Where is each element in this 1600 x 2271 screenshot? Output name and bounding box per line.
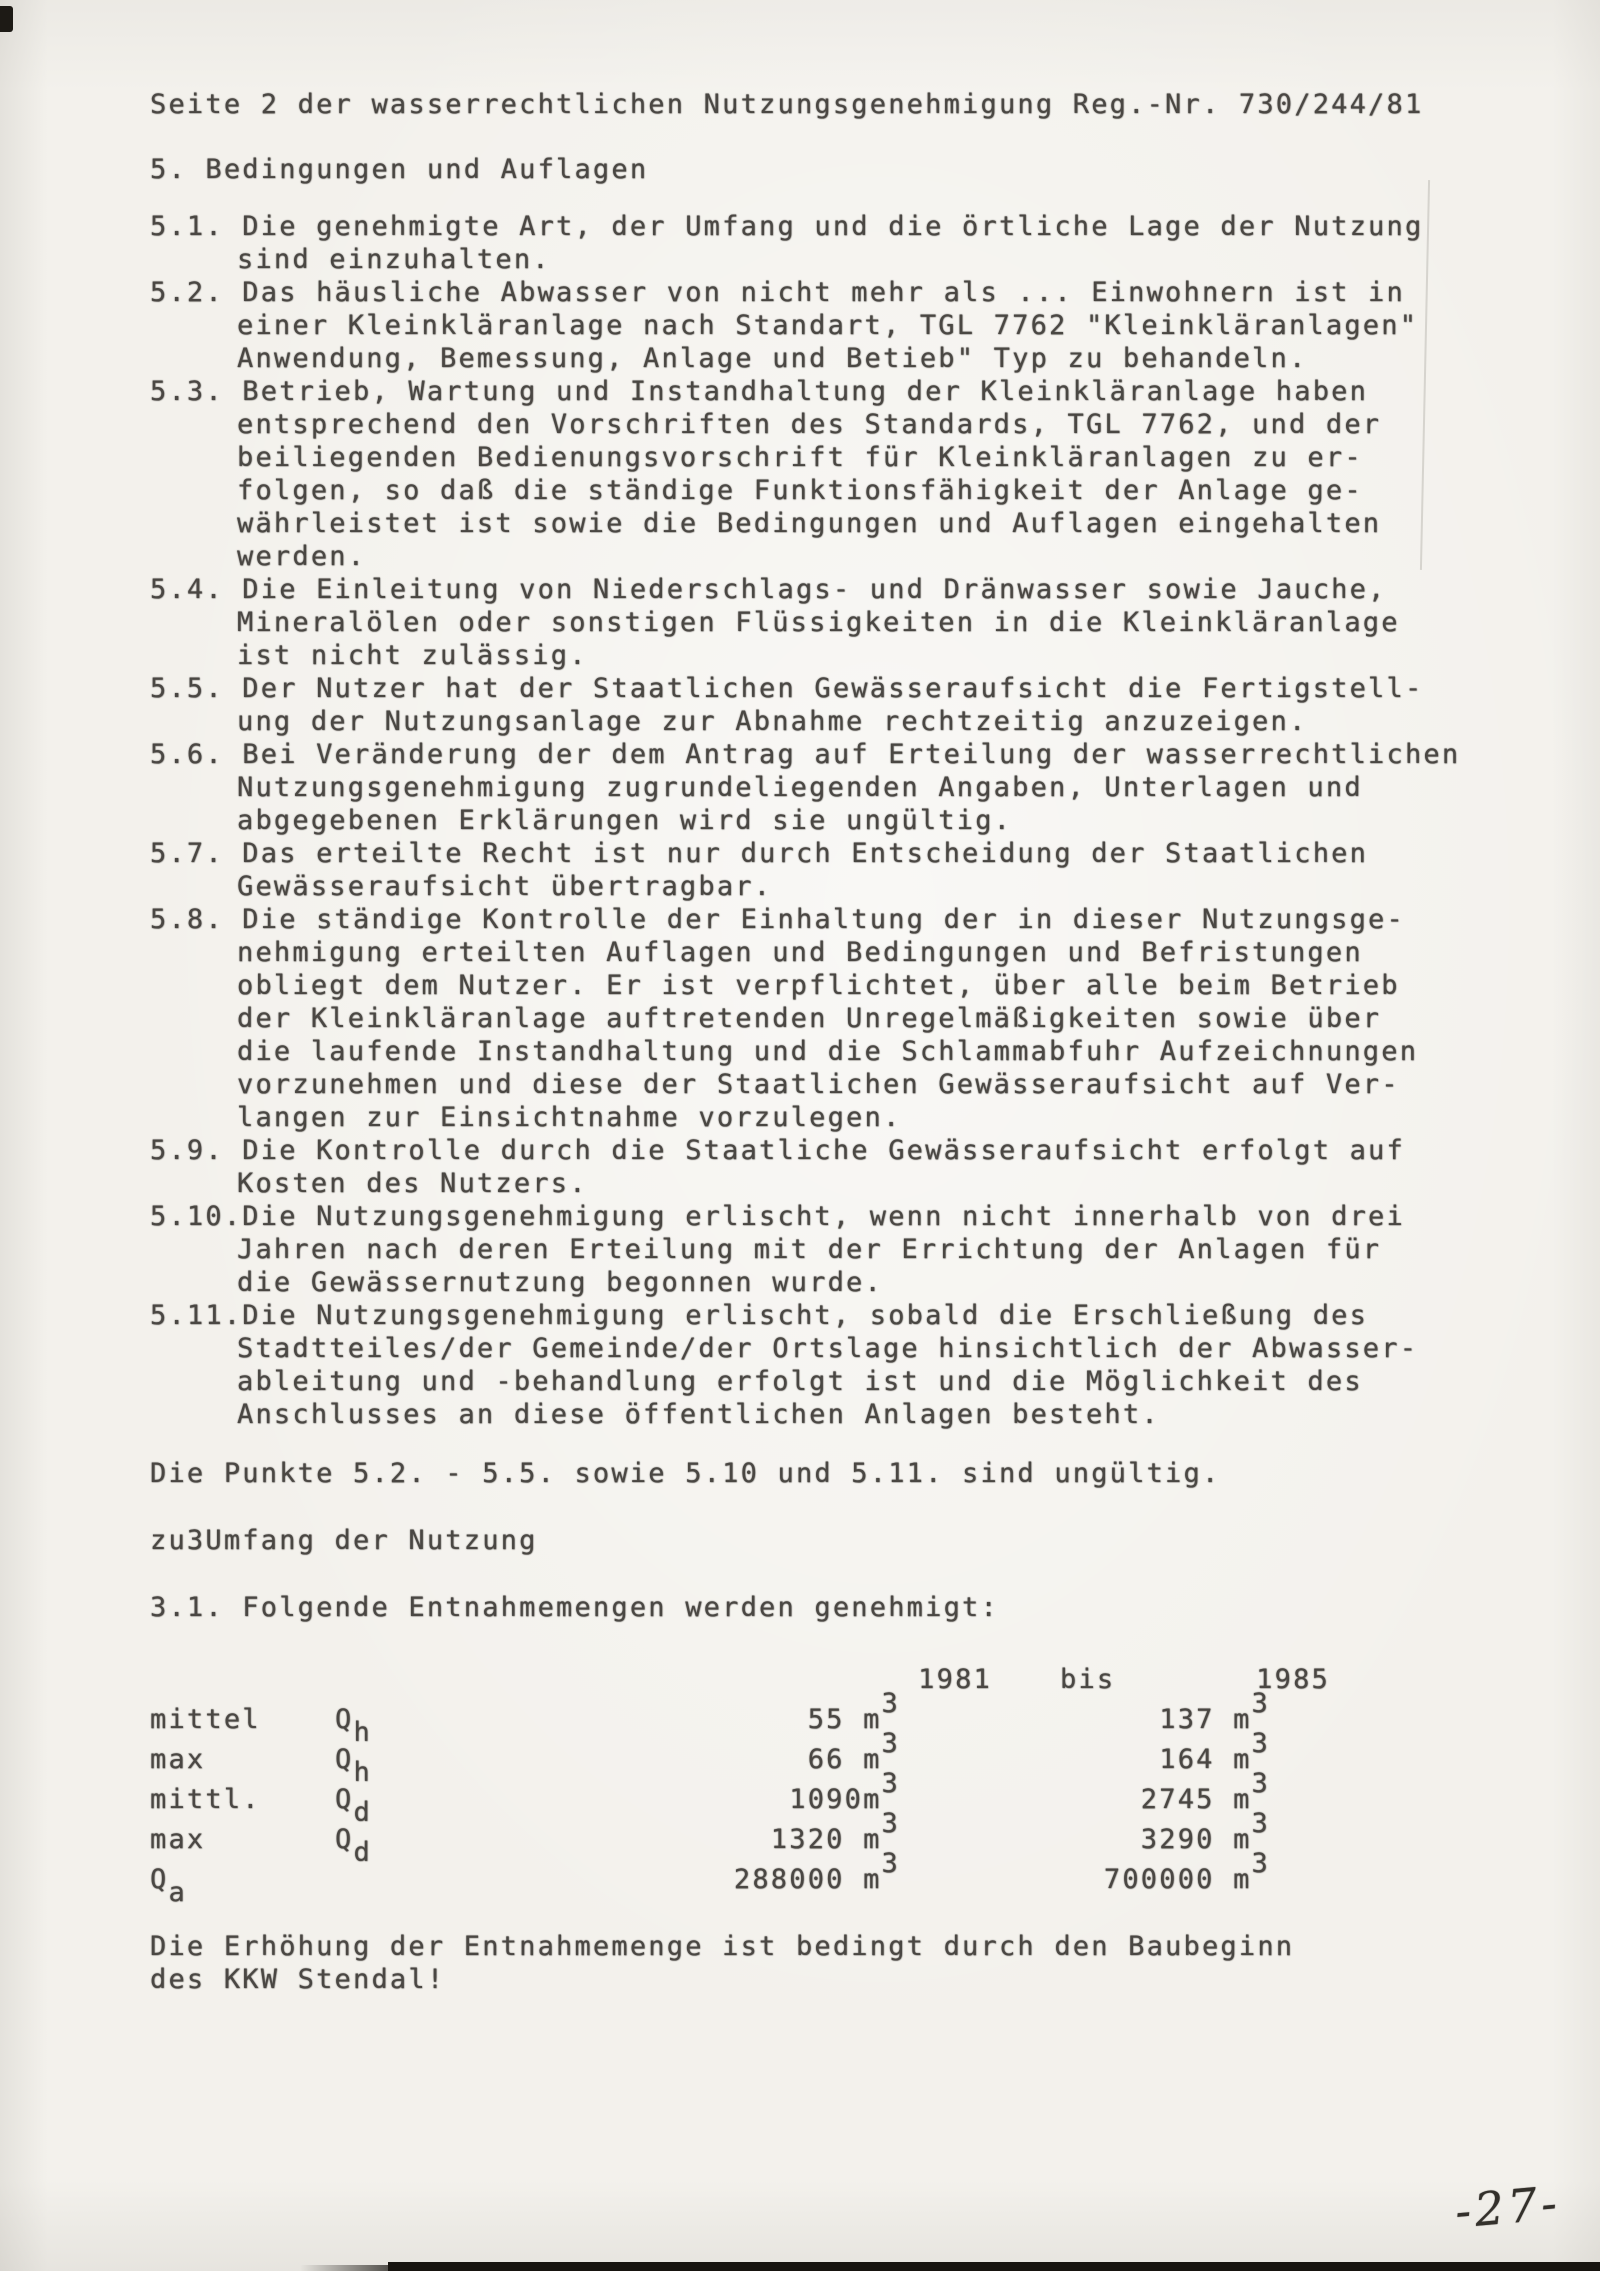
row-label: mittel: [150, 1700, 335, 1740]
value-1981: 1320 m3: [450, 1820, 900, 1860]
row-label: mittl.: [150, 1780, 335, 1820]
extraction-volume-table: 1981 bis 1985 mittel Qh 55 m3 137 m3 max…: [150, 1660, 1530, 1900]
value-1985: 2745 m3: [900, 1780, 1270, 1820]
value-1981: 288000 m3: [450, 1860, 900, 1900]
row-symbol: Qd: [335, 1820, 450, 1860]
row-symbol: Qd: [335, 1780, 450, 1820]
list-item: 5.5. Der Nutzer hat der Staatlichen Gewä…: [150, 672, 1530, 738]
value-1981: 66 m3: [450, 1740, 900, 1780]
value-1981: 1090m3: [450, 1780, 900, 1820]
handwritten-page-number: -27-: [1453, 2175, 1563, 2238]
section-title: 5. Bedingungen und Auflagen: [150, 153, 1530, 186]
row-symbol: Qa: [150, 1860, 335, 1900]
scanned-document-page: Seite 2 der wasserrechtlichen Nutzungsge…: [0, 0, 1600, 2271]
value-1985: 137 m3: [900, 1700, 1270, 1740]
row-label: max: [150, 1740, 335, 1780]
scan-bottom-bar-artifact: [388, 2262, 1600, 2271]
row-symbol: Qh: [335, 1740, 450, 1780]
list-item: 5.9. Die Kontrolle durch die Staatliche …: [150, 1134, 1530, 1200]
list-item: 5.6. Bei Veränderung der dem Antrag auf …: [150, 738, 1530, 837]
scan-bottom-bar-fade-artifact: [300, 2265, 400, 2271]
subsection-title: zu3Umfang der Nutzung: [150, 1524, 1530, 1557]
document-content: Seite 2 der wasserrechtlichen Nutzungsge…: [150, 88, 1530, 1996]
list-item: 5.7. Das erteilte Recht ist nur durch En…: [150, 837, 1530, 903]
table-header-year-from: 1981: [600, 1660, 1050, 1700]
list-item: 5.2. Das häusliche Abwasser von nicht me…: [150, 276, 1530, 375]
scan-corner-mark-artifact: [0, 6, 13, 32]
list-item: 5.8. Die ständige Kontrolle der Einhaltu…: [150, 903, 1530, 1134]
value-1981: 55 m3: [450, 1700, 900, 1740]
table-row: mittel Qh 55 m3 137 m3: [150, 1700, 1530, 1740]
document-header: Seite 2 der wasserrechtlichen Nutzungsge…: [150, 88, 1530, 121]
table-header-row: 1981 bis 1985: [150, 1660, 1530, 1700]
row-label: [335, 1860, 450, 1900]
clause-list: 5.1. Die genehmigte Art, der Umfang und …: [150, 210, 1530, 1431]
clause-3-1: 3.1. Folgende Entnahmemengen werden gene…: [150, 1591, 1530, 1624]
list-item: 5.11.Die Nutzungsgenehmigung erlischt, s…: [150, 1299, 1530, 1431]
list-item: 5.3. Betrieb, Wartung und Instandhaltung…: [150, 375, 1530, 573]
list-item: 5.4. Die Einleitung von Niederschlags- u…: [150, 573, 1530, 672]
row-label: max: [150, 1820, 335, 1860]
list-item: 5.1. Die genehmigte Art, der Umfang und …: [150, 210, 1530, 276]
invalid-clauses-note: Die Punkte 5.2. - 5.5. sowie 5.10 und 5.…: [150, 1457, 1530, 1490]
closing-paragraph: Die Erhöhung der Entnahmemenge ist bedin…: [150, 1930, 1530, 1996]
table-header-bis: bis: [1060, 1660, 1140, 1700]
table-header-spacer: [150, 1660, 600, 1700]
value-1985: 3290 m3: [900, 1820, 1270, 1860]
value-1985: 164 m3: [900, 1740, 1270, 1780]
list-item: 5.10.Die Nutzungsgenehmigung erlischt, w…: [150, 1200, 1530, 1299]
value-1985: 700000 m3: [900, 1860, 1270, 1900]
row-symbol: Qh: [335, 1700, 450, 1740]
